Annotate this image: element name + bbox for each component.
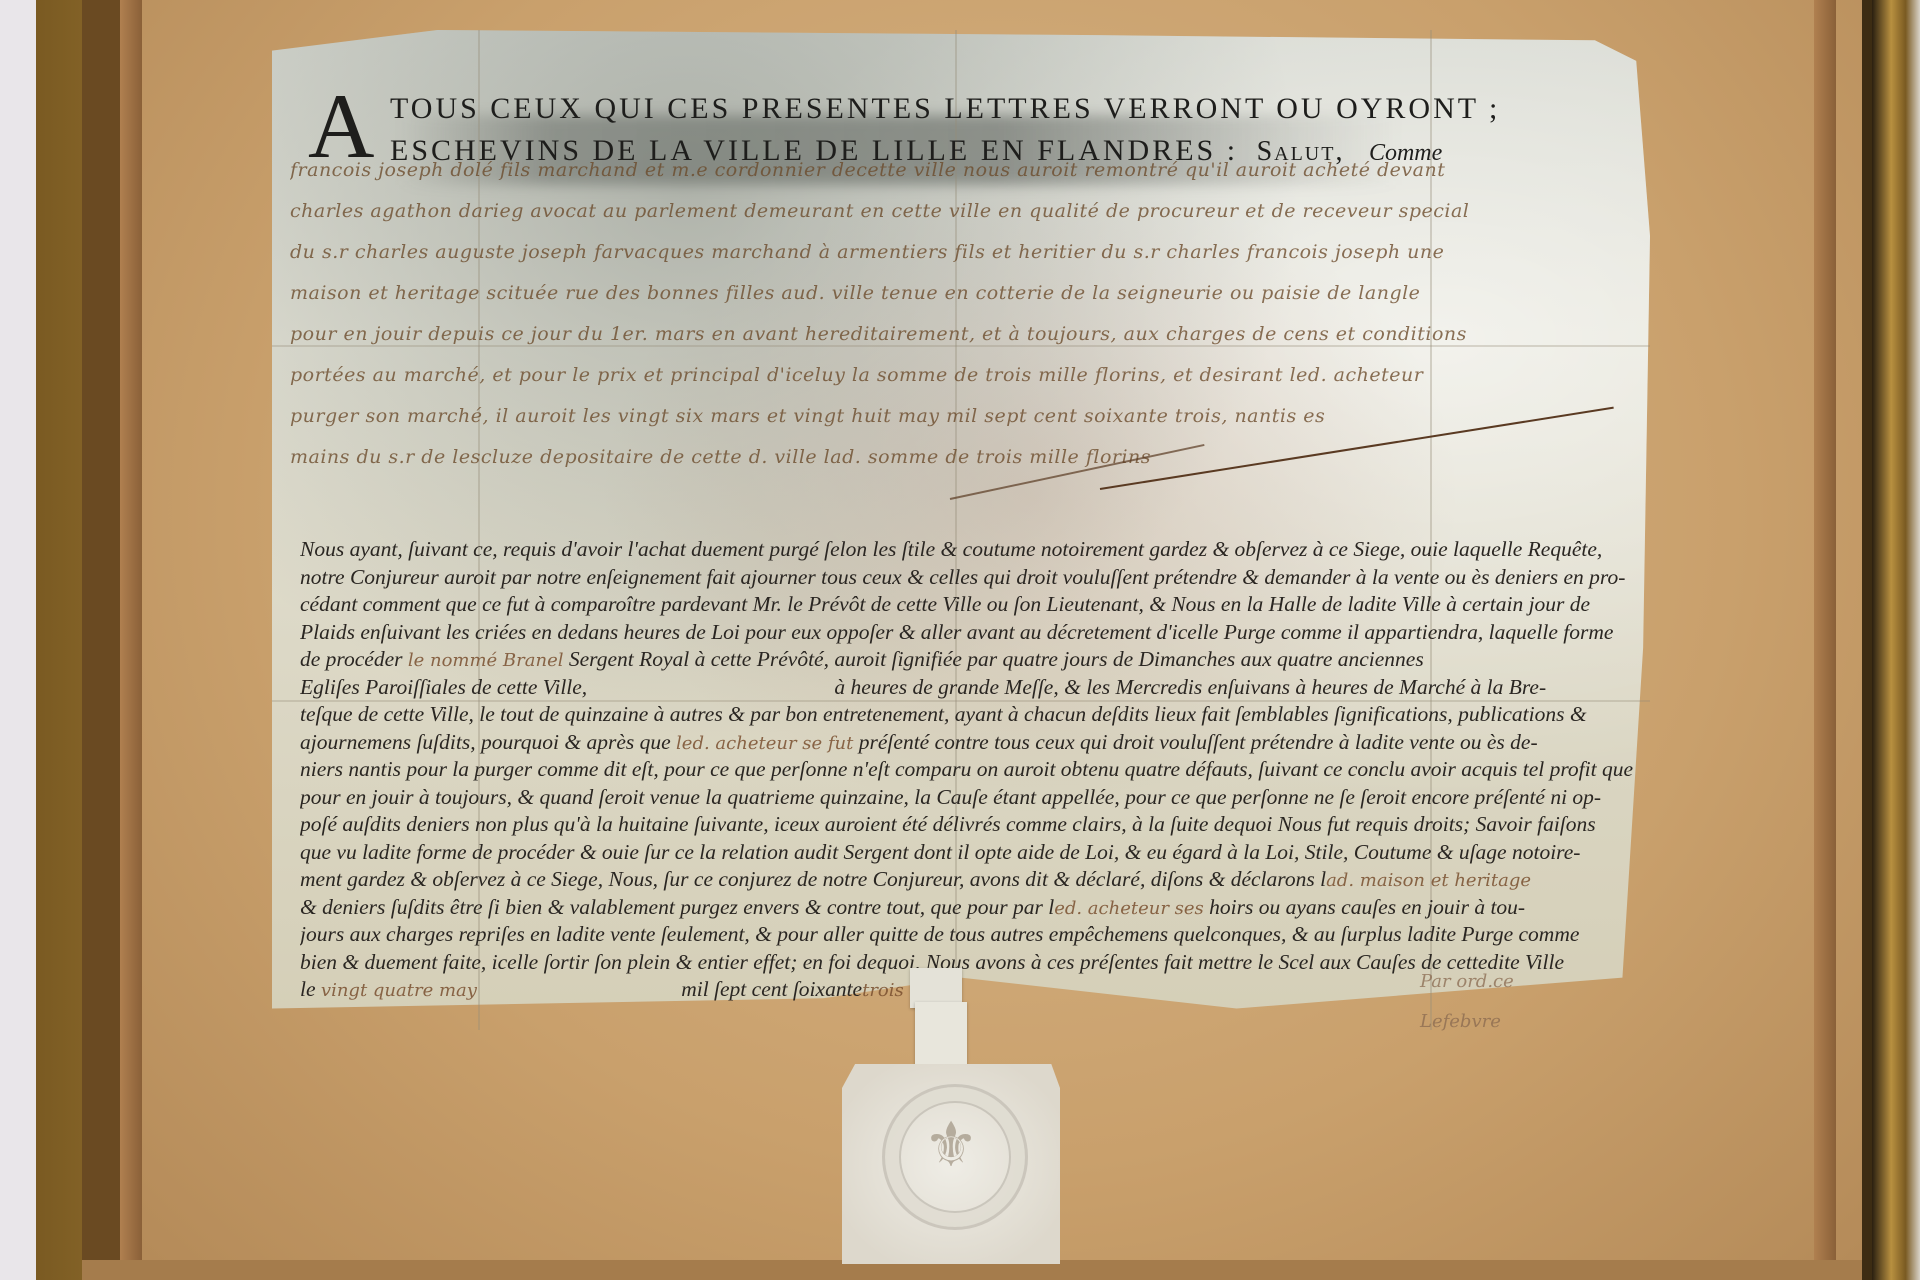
printed-segment: & deniers ſuſdits être ſi bien & valable… — [300, 895, 1054, 919]
printed-line: cédant comment que ce fut à comparoître … — [300, 591, 1650, 619]
printed-segment: de procéder — [300, 647, 408, 671]
printed-line: poſé auſdits deniers non plus qu'à la hu… — [300, 811, 1650, 839]
printed-segment: mil ſept cent ſoixante — [477, 977, 862, 1001]
printed-segment: Sergent Royal à cette Prévôté, auroit ſi… — [564, 647, 1424, 671]
manuscript-section: francois joseph dolé fils marchand et m.… — [290, 150, 1640, 478]
printed-line: Nous ayant, ſuivant ce, requis d'avoir l… — [300, 536, 1650, 564]
printed-line: que vu ladite forme de procéder & ouie ſ… — [300, 839, 1650, 867]
manuscript-line: purger son marché, il auroit les vingt s… — [290, 396, 1640, 437]
manuscript-line: pour en jouir depuis ce jour du 1er. mar… — [290, 314, 1640, 355]
signature: Par ord.ce Lefebvre — [1420, 962, 1580, 1042]
handwritten-insert: led. acheteur se fut — [676, 733, 853, 754]
printed-line: jours aux charges repriſes en ladite ven… — [300, 921, 1650, 949]
printed-line: de procéder le nommé Branel Sergent Roya… — [300, 646, 1650, 674]
printed-segment: ajournemens ſuſdits, pourquoi & après qu… — [300, 730, 676, 754]
signature-line-1: Par ord.ce — [1420, 962, 1580, 1002]
glass-edge-left — [120, 0, 142, 1280]
printed-segment: ment gardez & obſervez à ce Siege, Nous,… — [300, 867, 1326, 891]
printed-segment: le — [300, 977, 321, 1001]
printed-line: Egliſes Paroiſſiales de cette Ville, à h… — [300, 674, 1650, 702]
manuscript-line: du s.r charles auguste joseph farvacques… — [290, 232, 1640, 273]
manuscript-line: maison et heritage scituée rue des bonne… — [290, 273, 1640, 314]
printed-line: teſque de cette Ville, le tout de quinza… — [300, 701, 1650, 729]
printed-line: pour en jouir à toujours, & quand ſeroit… — [300, 784, 1650, 812]
handwritten-insert: ed. acheteur ses — [1054, 898, 1204, 919]
printed-text-body: Nous ayant, ſuivant ce, requis d'avoir l… — [300, 536, 1650, 1004]
printed-line: ajournemens ſuſdits, pourquoi & après qu… — [300, 729, 1650, 757]
printed-line: notre Conjureur auroit par notre enſeign… — [300, 564, 1650, 592]
heading-line-1: TOUS CEUX QUI CES PRESENTES LETTRES VERR… — [390, 92, 1500, 126]
glass-edge-right — [1814, 0, 1836, 1280]
handwritten-insert: le nommé Branel — [408, 650, 564, 671]
manuscript-line: charles agathon darieg avocat au parleme… — [290, 191, 1640, 232]
picture-frame-right-edge — [1872, 0, 1920, 1280]
printed-line: Plaids enſuivant les criées en dedans he… — [300, 619, 1650, 647]
printed-segment: hoirs ou ayans cauſes en jouir à tou- — [1204, 895, 1525, 919]
handwritten-year: trois — [862, 980, 904, 1001]
manuscript-line: portées au marché, et pour le prix et pr… — [290, 355, 1640, 396]
handwritten-date: vingt quatre may — [321, 980, 477, 1001]
paper-seal: ⚜ — [842, 1064, 1060, 1264]
printed-line: niers nantis pour la purger comme dit eſ… — [300, 756, 1650, 784]
handwritten-insert: ad. maison et heritage — [1326, 870, 1531, 891]
seal-tag-strip — [915, 1002, 967, 1066]
printed-line: & deniers ſuſdits être ſi bien & valable… — [300, 894, 1650, 922]
manuscript-line: francois joseph dolé fils marchand et m.… — [290, 150, 1640, 191]
manuscript-line: mains du s.r de lescluze depositaire de … — [290, 437, 1640, 478]
signature-line-2: Lefebvre — [1420, 1002, 1580, 1042]
printed-line: ment gardez & obſervez à ce Siege, Nous,… — [300, 866, 1650, 894]
fleur-de-lis-icon: ⚜ — [842, 1108, 1060, 1181]
printed-segment: préſenté contre tous ceux qui droit voul… — [853, 730, 1537, 754]
